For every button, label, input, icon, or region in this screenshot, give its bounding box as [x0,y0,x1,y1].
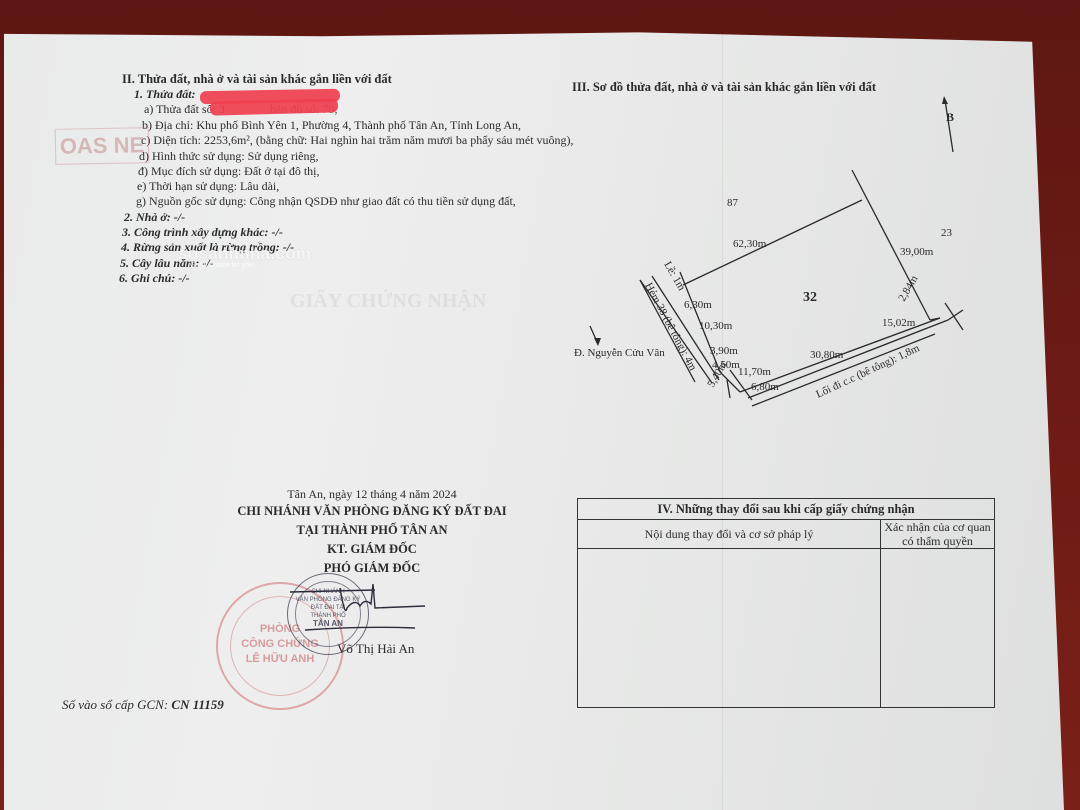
svg-text:6,80m: 6,80m [751,381,779,393]
svg-text:11,70m: 11,70m [738,366,771,378]
svg-text:B: B [946,110,954,124]
svg-text:Đ. Nguyễn Cửu Vân: Đ. Nguyễn Cửu Vân [574,347,665,359]
svg-text:2,84m: 2,84m [896,273,921,303]
svg-text:39,00m: 39,00m [900,246,934,258]
svg-text:32: 32 [803,290,817,305]
column-divider [880,548,881,707]
svg-text:4,50m: 4,50m [712,359,740,371]
svg-text:3,90m: 3,90m [710,345,738,357]
section4-title: IV. Những thay đổi sau khi cấp giấy chứn… [578,499,994,520]
svg-text:6,30m: 6,30m [684,299,712,311]
svg-text:10,30m: 10,30m [699,320,733,332]
svg-text:15,02m: 15,02m [882,317,916,329]
svg-text:Lề: 1m: Lề: 1m [661,260,687,294]
column-changes-header: Nội dung thay đổi và cơ sở pháp lý [578,520,881,548]
column-confirmation-header: Xác nhận của cơ quan có thẩm quyền [881,520,994,548]
svg-text:23: 23 [941,227,953,239]
svg-text:30,80m: 30,80m [810,349,844,361]
svg-text:87: 87 [727,197,739,209]
svg-text:62,30m: 62,30m [733,238,767,250]
changes-table: IV. Những thay đổi sau khi cấp giấy chứn… [577,498,995,708]
svg-text:Hẻm 38 (bê tông): 4m: Hẻm 38 (bê tông): 4m [642,281,699,373]
